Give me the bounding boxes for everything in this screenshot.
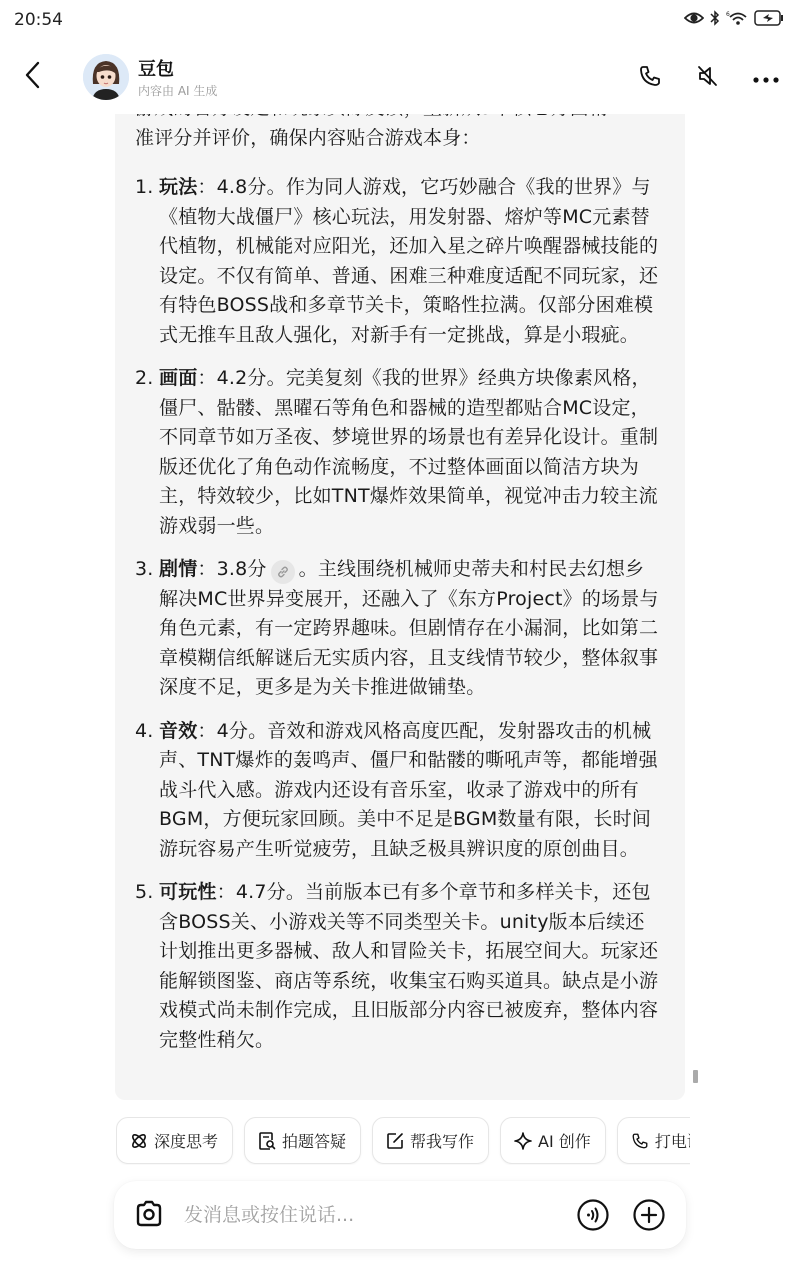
sparkle-icon: [514, 1132, 532, 1150]
score-item-graphics: 2.画面：4.2分。完美复刻《我的世界》经典方块像素风格，僵尸、骷髅、黑曜石等角…: [135, 364, 663, 541]
item-title: 玩法: [159, 176, 197, 198]
phone-icon: [638, 64, 662, 92]
chevron-left-icon: [23, 61, 41, 93]
deep-think-button[interactable]: 深度思考: [116, 1117, 233, 1164]
intro-line: 准评分并评价，确保内容贴合游戏本身：: [135, 124, 663, 154]
item-colon: ：: [197, 367, 216, 389]
score-list: 1.玩法：4.8分。作为同人游戏，它巧妙融合《我的世界》与《植物大战僵尸》核心玩…: [135, 173, 663, 1055]
add-button[interactable]: [632, 1198, 666, 1236]
deep-think-icon: [130, 1132, 148, 1150]
scrollbar[interactable]: [693, 1070, 698, 1083]
message-input-bar: [114, 1181, 686, 1249]
item-number: 5.: [135, 878, 154, 908]
item-number: 1.: [135, 173, 154, 203]
intro-clipped-line: 游戏的官方设定和玩家实际反馈，重新从5个核心方面精: [135, 114, 663, 124]
item-colon: ：: [197, 558, 216, 580]
link-icon: [276, 565, 290, 579]
status-icons: 6: [684, 10, 784, 26]
battery-charging-icon: [754, 10, 784, 26]
score-item-replayability: 5.可玩性：4.7分。当前版本已有多个章节和多样关卡，还包含BOSS关、小游戏关…: [135, 878, 663, 1055]
speaker-muted-icon: [696, 64, 720, 92]
item-score: 4.2分: [217, 367, 267, 389]
svg-text:6: 6: [726, 11, 730, 18]
camera-icon: [134, 1200, 164, 1228]
item-title: 可玩性: [159, 881, 217, 903]
avatar[interactable]: [83, 54, 129, 100]
camera-button[interactable]: [134, 1200, 164, 1232]
item-title: 剧情: [159, 558, 197, 580]
message-input[interactable]: [184, 1199, 564, 1231]
item-score: 4.8分: [217, 176, 267, 198]
photo-question-icon: [258, 1131, 276, 1151]
back-button[interactable]: [18, 60, 46, 94]
phone-call-chip[interactable]: 打电话: [617, 1117, 690, 1164]
item-score: 3.8分: [217, 558, 267, 580]
more-dots-icon: [753, 69, 779, 88]
ai-message-bubble: 游戏的官方设定和玩家实际反馈，重新从5个核心方面精 准评分并评价，确保内容贴合游…: [115, 114, 685, 1100]
ai-create-button[interactable]: AI 创作: [500, 1117, 606, 1164]
bluetooth-icon: [710, 10, 720, 26]
item-colon: ：: [217, 881, 236, 903]
phone-call-button[interactable]: [636, 64, 664, 92]
score-item-audio: 4.音效：4分。音效和游戏风格高度匹配，发射器攻击的机械声、TNT爆炸的轰鸣声、…: [135, 717, 663, 865]
message-list[interactable]: 游戏的官方设定和玩家实际反馈，重新从5个核心方面精 准评分并评价，确保内容贴合游…: [0, 114, 800, 1104]
item-text: 。作为同人游戏，它巧妙融合《我的世界》与《植物大战僵尸》核心玩法，用发射器、熔炉…: [159, 176, 658, 346]
item-number: 3.: [135, 555, 154, 585]
source-link-button[interactable]: [271, 560, 295, 584]
chip-label: 深度思考: [154, 1129, 218, 1152]
item-text: 。当前版本已有多个章节和多样关卡，还包含BOSS关、小游戏关等不同类型关卡。un…: [159, 881, 658, 1051]
phone-icon: [631, 1132, 649, 1150]
score-item-story: 3.剧情：3.8分。主线围绕机械师史蒂夫和村民去幻想乡解决MC世界异变展开，还融…: [135, 555, 663, 703]
photo-question-button[interactable]: 拍题答疑: [244, 1117, 361, 1164]
item-number: 4.: [135, 717, 154, 747]
item-text: 。完美复刻《我的世界》经典方块像素风格，僵尸、骷髅、黑曜石等角色和器械的造型都贴…: [159, 367, 658, 537]
item-title: 音效: [159, 720, 197, 742]
item-score: 4分: [217, 720, 249, 742]
item-colon: ：: [197, 176, 216, 198]
header-actions: [636, 64, 780, 92]
ai-generated-label: 内容由 AI 生成: [138, 82, 217, 99]
more-button[interactable]: [752, 64, 780, 92]
chip-label: 打电话: [655, 1129, 690, 1152]
voice-button[interactable]: [576, 1198, 610, 1236]
item-colon: ：: [197, 720, 216, 742]
eye-comfort-icon: [684, 10, 704, 26]
item-title: 画面: [159, 367, 197, 389]
wifi-6-icon: 6: [726, 10, 748, 26]
status-bar: 20:54 6: [0, 0, 800, 40]
avatar-portrait-icon: [83, 54, 129, 100]
edit-write-icon: [386, 1132, 404, 1150]
chat-header: 豆包 内容由 AI 生成: [0, 40, 800, 114]
item-score: 4.7分: [236, 881, 286, 903]
quick-actions: 深度思考 拍题答疑 帮我写作 AI 创作 打电话: [116, 1117, 690, 1165]
voice-wave-icon: [576, 1198, 610, 1232]
message-intro: 游戏的官方设定和玩家实际反馈，重新从5个核心方面精 准评分并评价，确保内容贴合游…: [135, 114, 663, 153]
chip-label: 拍题答疑: [282, 1129, 346, 1152]
status-time: 20:54: [14, 10, 63, 30]
score-item-gameplay: 1.玩法：4.8分。作为同人游戏，它巧妙融合《我的世界》与《植物大战僵尸》核心玩…: [135, 173, 663, 350]
chip-label: 帮我写作: [410, 1129, 474, 1152]
plus-circle-icon: [632, 1198, 666, 1232]
bot-name: 豆包: [138, 55, 174, 81]
help-write-button[interactable]: 帮我写作: [372, 1117, 489, 1164]
mute-button[interactable]: [694, 64, 722, 92]
item-number: 2.: [135, 364, 154, 394]
chip-label: AI 创作: [538, 1129, 591, 1152]
